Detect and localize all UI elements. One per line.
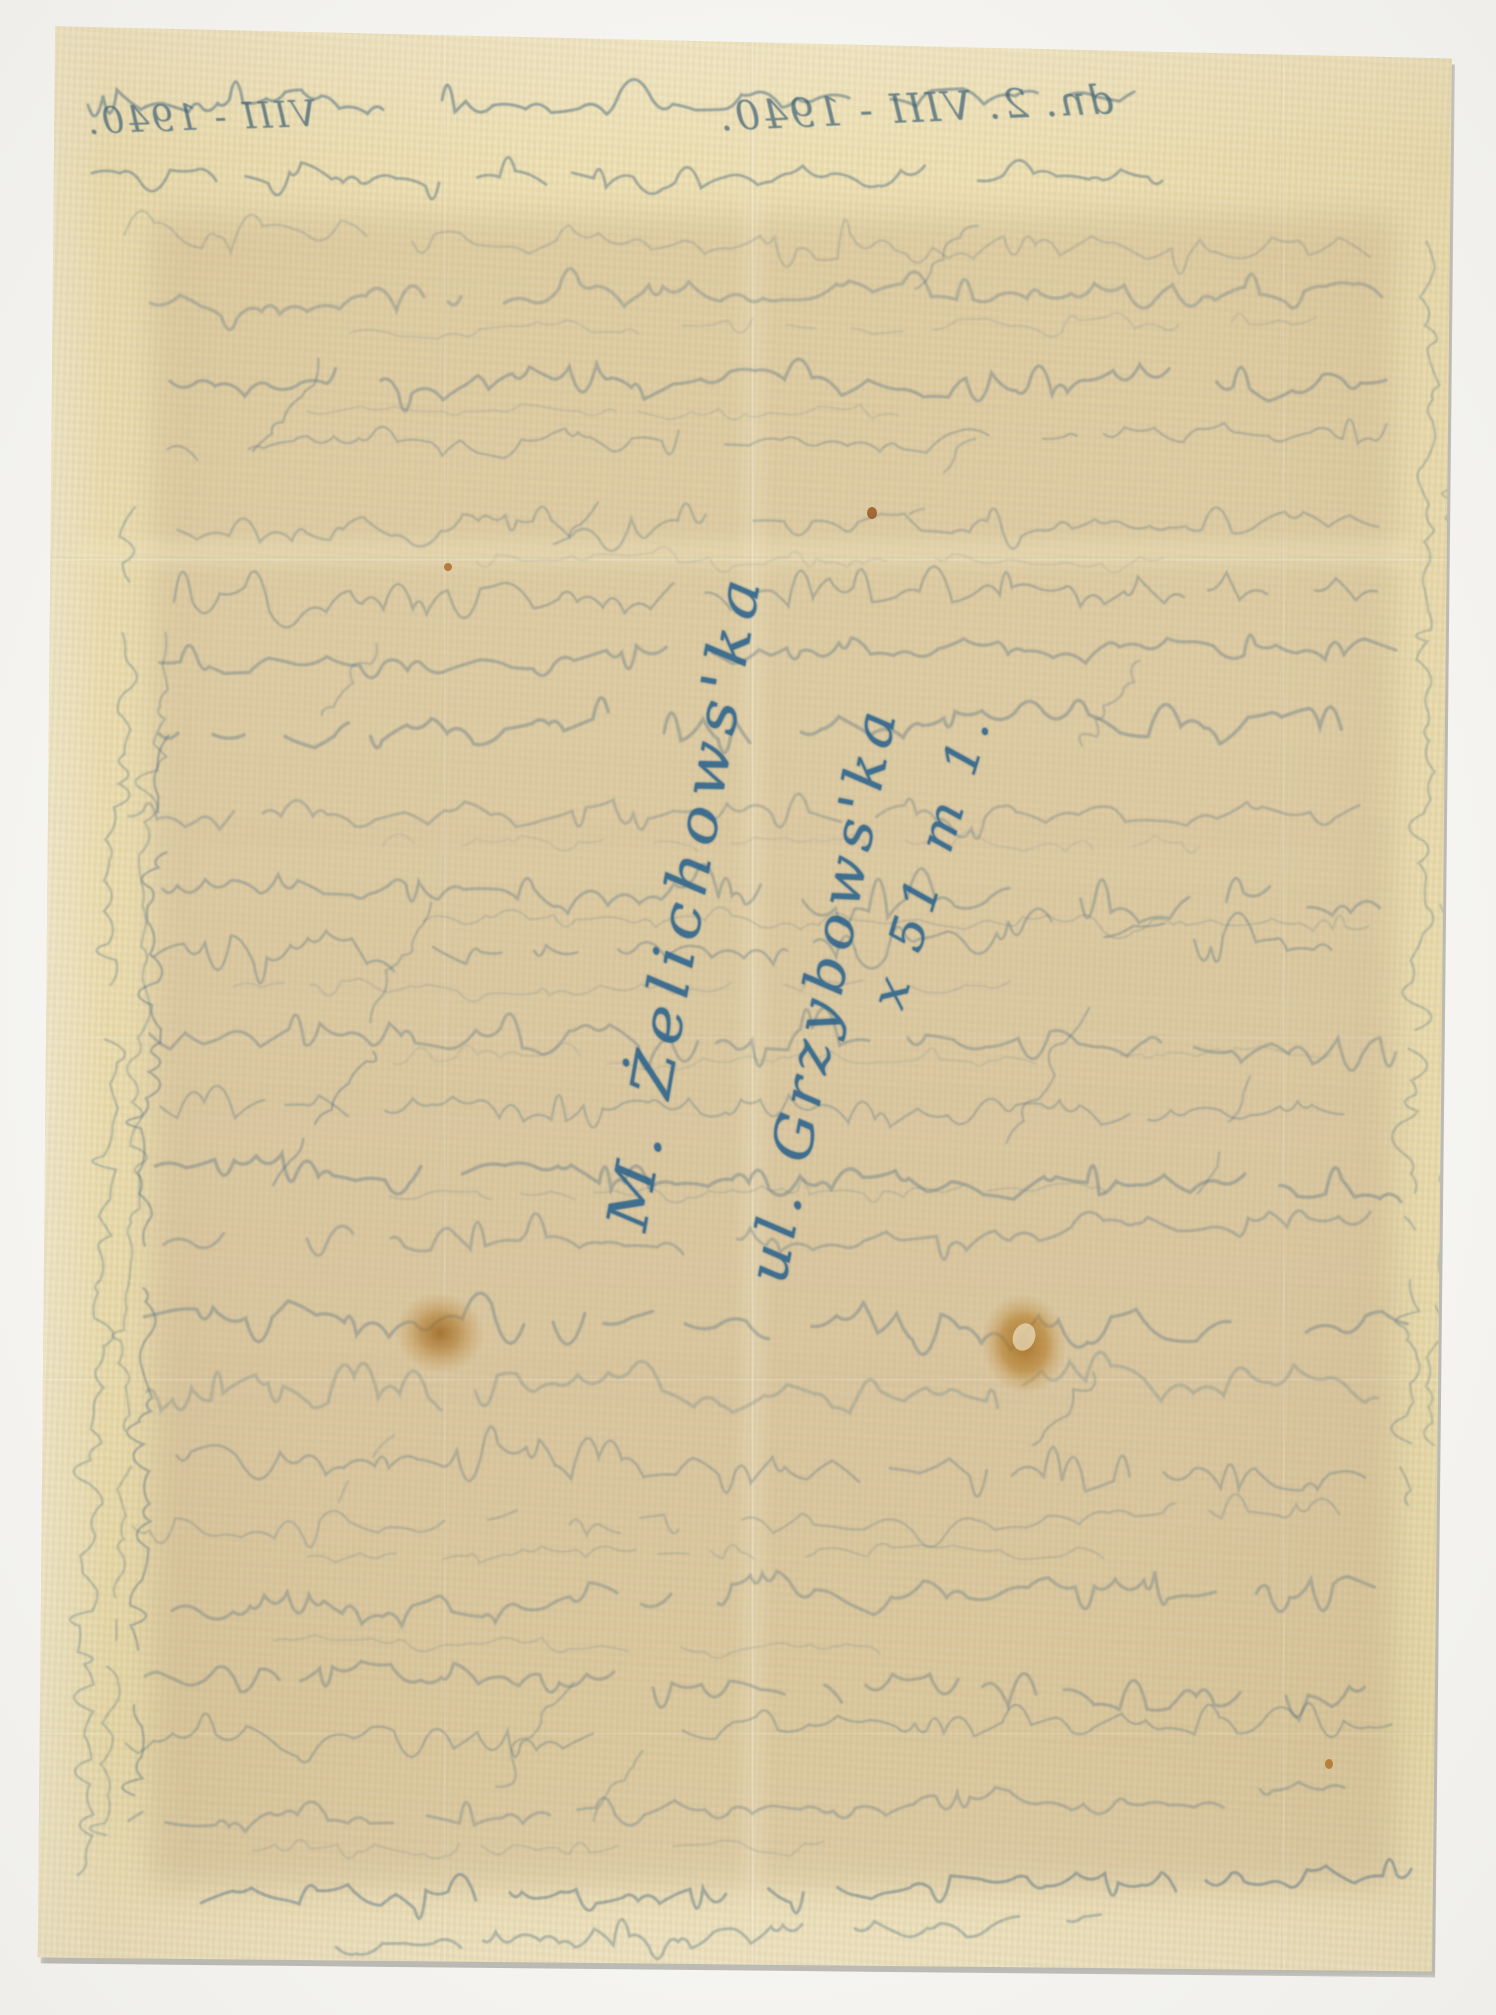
stain bbox=[867, 507, 877, 519]
letter-paper bbox=[36, 25, 1454, 1973]
bleedthrough-handwriting-texture bbox=[36, 25, 1454, 1973]
stain bbox=[444, 563, 452, 571]
stain bbox=[391, 1287, 489, 1378]
letter-scan: VIII - 1940. dn. 2. VIII - 1940. M. Żeli… bbox=[0, 0, 1496, 2015]
mirrored-dateline-fragment: VIII - 1940. bbox=[85, 94, 317, 143]
stain bbox=[1325, 1759, 1333, 1769]
